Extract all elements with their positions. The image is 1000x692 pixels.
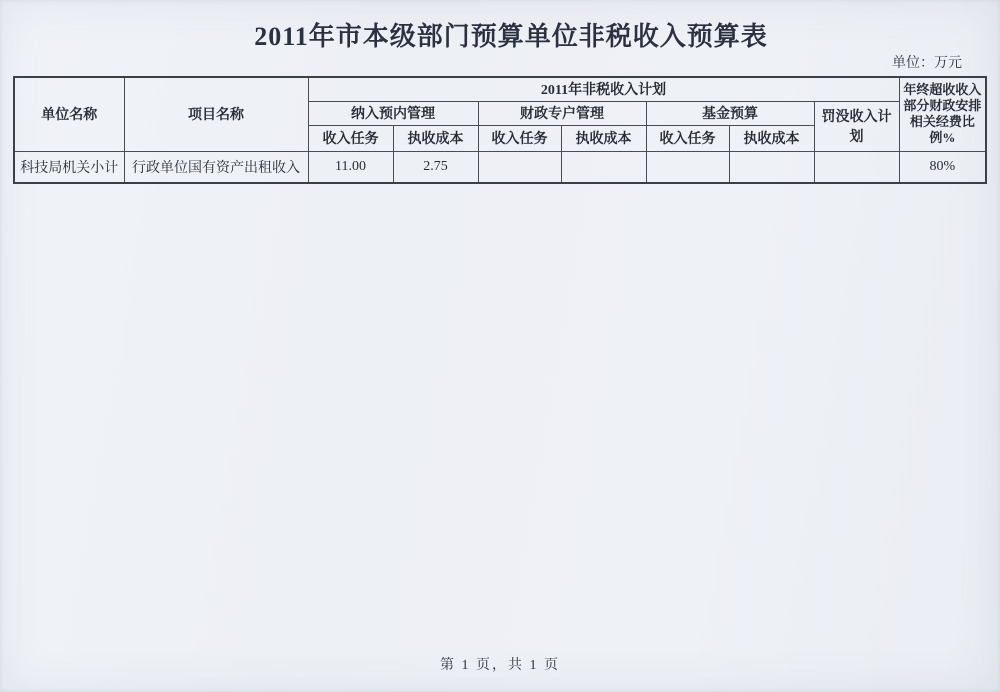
cell-budget-task: 11.00 bbox=[308, 151, 393, 183]
col-header-penalty-plan: 罚没收入计划 bbox=[814, 101, 899, 151]
scanned-document-page: 2011年市本级部门预算单位非税收入预算表 单位：万元 单位名称 项目名称 20… bbox=[0, 0, 1000, 692]
cell-fund-task bbox=[646, 151, 729, 183]
col-header-fund-cost: 执收成本 bbox=[729, 125, 814, 151]
col-header-subgroup-fund: 基金预算 bbox=[646, 101, 814, 125]
page-footer: 第 1 页，共 1 页 bbox=[0, 654, 1000, 674]
col-header-fiscal-task: 收入任务 bbox=[478, 125, 561, 151]
cell-fiscal-cost bbox=[561, 151, 646, 183]
page-title: 2011年市本级部门预算单位非税收入预算表 bbox=[11, 16, 1000, 53]
col-header-fund-task: 收入任务 bbox=[646, 125, 729, 151]
header-row-1: 单位名称 项目名称 2011年非税收入计划 年终超收收入 部分财政安排 相关经费… bbox=[14, 77, 986, 101]
cell-yearend-pct: 80% bbox=[899, 151, 986, 183]
col-header-subgroup-fiscal: 财政专户管理 bbox=[478, 101, 646, 125]
cell-penalty bbox=[814, 151, 899, 183]
col-header-budget-cost: 执收成本 bbox=[393, 125, 478, 151]
cell-unit-name: 科技局机关小计 bbox=[14, 151, 124, 183]
col-header-yearend-ratio: 年终超收收入 部分财政安排 相关经费比 例% bbox=[899, 77, 986, 151]
col-header-unit-name: 单位名称 bbox=[14, 77, 124, 151]
unit-label: 单位：万元 bbox=[892, 52, 962, 72]
col-header-plan-group: 2011年非税收入计划 bbox=[308, 77, 899, 101]
cell-budget-cost: 2.75 bbox=[393, 151, 478, 183]
col-header-budget-task: 收入任务 bbox=[308, 125, 393, 151]
col-header-project-name: 项目名称 bbox=[124, 77, 308, 151]
col-header-fiscal-cost: 执收成本 bbox=[561, 125, 646, 151]
cell-project-name: 行政单位国有资产出租收入 bbox=[124, 151, 308, 183]
budget-table: 单位名称 项目名称 2011年非税收入计划 年终超收收入 部分财政安排 相关经费… bbox=[13, 76, 987, 184]
col-header-subgroup-budget: 纳入预内管理 bbox=[308, 101, 478, 125]
table-row: 科技局机关小计 行政单位国有资产出租收入 11.00 2.75 80% bbox=[14, 151, 986, 183]
cell-fiscal-task bbox=[478, 151, 561, 183]
cell-fund-cost bbox=[729, 151, 814, 183]
